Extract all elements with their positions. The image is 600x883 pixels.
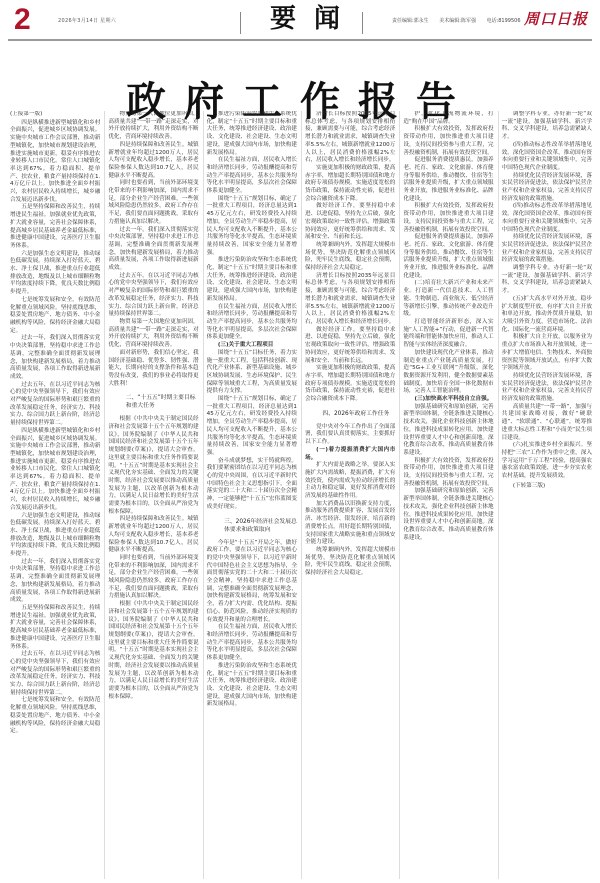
paragraph: 加快建设现代化产业体系，推动制造业重点产业链高质量发展，打造“5G+工业互联网”… — [403, 350, 493, 396]
paragraph: 济增长目标按照2035年远景目标总体考虑，与各项规划安排相衔接，兼顾需要与可能，… — [305, 111, 395, 165]
paragraph: 围绕“十五五”规划目标，确定了一批重大工程项目，经济总量达到145万亿元左右，研… — [207, 396, 297, 458]
paragraph: 加强基础研究和原始创新，完善新型举国体制，全链条推进关键核心技术攻关，强化企业科… — [403, 404, 493, 458]
section-title-char-1: 要 — [270, 4, 296, 34]
paragraph: 党中央对今年工作作出了全面部署，我们要认真贯彻落实，主要抓好以下工作。 — [305, 424, 395, 447]
paragraph: 过去一年，我们深入贯彻落实党中央决策部署，坚持稳中求进工作总基调，完整准确全面贯… — [10, 559, 100, 605]
paragraph: 过去五年，在以习近平同志为核心的党中央坚强领导下，我们有效应对严峻复杂的国际形势… — [108, 273, 198, 319]
paragraph: 过去一年，我们深入贯彻落实党中央决策部署，坚持稳中求进工作总基调，完整准确全面贯… — [108, 227, 198, 273]
paragraph: 持续优化民营经济发展环境，落实民营经济促进法，依法保护民营企业产权和企业家权益，… — [502, 373, 592, 404]
responsible-editor: 责任编辑:郭永生 — [392, 18, 429, 24]
paragraph: 扩大内需是战略之举，要深入实施扩大内需战略，提振消费，扩大有效投资，使内需成为拉… — [305, 462, 395, 501]
text-column-2: 物贸易第一大国地位更加巩固，高质量共建“一带一路”走深走实，对外开放持续扩大，利… — [104, 111, 198, 879]
paragraph: 积极扩大有效投资，发挥政府投资带动作用，加快推进重大项目建设，支持民间投资参与重… — [403, 458, 493, 489]
paragraph: 七是统筹发展和安全，有效防范化解重点领域风险。坚持底线思维，稳妥处置房地产、地方… — [10, 297, 100, 336]
paragraph: 五是坚持保障和改善民生，持续增进民生福祉。加强就业优先政策，扩大就业容量，完善社… — [10, 605, 100, 651]
paragraph: 四是纵横推进新型城镇化和乡村全面振兴，促进城乡区域协调发展。实施中央城市工作会议… — [10, 120, 100, 205]
paragraph: 四是纵横推进新型城镇化和乡村全面振兴，促进城乡区域协调发展。实施中央城市工作会议… — [10, 428, 100, 513]
paragraph: 四是持续保障和改善民生。城镇新增就业年均超过1200万人，居民人均可支配收入稳步… — [108, 142, 198, 181]
continued-to-note: (下转第三版) — [513, 483, 592, 491]
paragraph: (五)扩大高水平对外开放。稳步扩大制度型开放，有序扩大自主开放和单边开放，推动外… — [502, 296, 592, 335]
paragraph: (六)扎实推进乡村全面振兴。坚持把“三农”工作作为重中之重，深入学习运用“千万工… — [502, 442, 592, 481]
divider — [362, 12, 363, 34]
paragraph: 五是坚持保障和改善民生，持续增进民生福祉。加强就业优先政策，扩大就业容量，完善社… — [10, 204, 100, 250]
paragraph: 加强基础研究和原始创新，完善新型举国体制，全链条推进关键核心技术攻关，强化企业科… — [403, 488, 493, 542]
paragraph: 围绕“十五五”规划目标，确定了一批重大工程项目，经济总量达到145万亿元左右，研… — [207, 196, 297, 258]
section-heading: 四、2026年政府工作任务 — [305, 410, 395, 418]
paragraph: 高质量共建“一带一路”，加强与共建国家战略对接，做好“硬联通”、“软联通”、“心… — [502, 404, 592, 443]
text-column-1: (上接第一版) 四是纵横推进新型城镇化和乡村全面振兴，促进城乡区域协调发展。实施… — [10, 111, 100, 879]
paragraph: 做好经济工作，要坚持稳中求进、以进促稳，坚持先立后破，强化宏观政策取向一致性评估… — [305, 203, 395, 242]
text-column-3: 推进污染防治攻坚和生态系统优化，制定“十五五”时期主要目标和重大任务，统筹推进经… — [203, 111, 297, 879]
paragraph: 做好经济工作，要坚持稳中求进、以进促稳，坚持先立后破，强化宏观政策取向一致性评估… — [305, 327, 395, 366]
paragraph: 实施更加积极的财政政策，提高赤字率，增加超长期特别国债和地方政府专项债券规模。实… — [305, 165, 395, 204]
paragraph: 根据《中共中央关于制定国民经济和社会发展第十五个五年规划的建议》，国务院编制了《… — [108, 416, 198, 516]
paragraph: (四)推动标志性改革举措落地见效。深化国资国企改革，推动国有资本向重要行业和关键… — [502, 203, 592, 234]
paragraph: (四)推动标志性改革举措落地见效。深化国资国企改革，推动国有资本向重要行业和关键… — [502, 142, 592, 173]
paragraph: 积极扩大有效投资，发挥政府投资带动作用，加快推进重大项目建设，支持民间投资参与重… — [403, 126, 493, 157]
paragraph: 在民生福祉方面，居民收入增长和经济增长同步，劳动报酬提高和劳动生产率提高同步，基… — [207, 157, 297, 196]
paragraph: 推进污染防治攻坚和生态系统优化，制定“十五五”时期主要目标和重大任务，统筹推进经… — [207, 111, 297, 157]
paragraph: 在民生福祉方面，居民收入增长和经济增长同步，劳动报酬提高和劳动生产率提高同步，基… — [207, 304, 297, 343]
paragraph: 今年是“十五五”开局之年，做好政府工作，要在以习近平同志为核心的党中央坚强领导下… — [207, 540, 297, 625]
paragraph: (二)培育壮大新兴产业和未来产业。打造新一代信息技术、人工智能、生物制造、商业航… — [403, 280, 493, 319]
publication-date: 2026年3月14日 星期六 — [58, 17, 116, 24]
paragraph: 物贸易第一大国地位更加巩固，高质量共建“一带一路”走深走实，对外开放持续扩大，利… — [108, 319, 198, 350]
article-body: (上接第一版) 四是纵横推进新型城镇化和乡村全面振兴，促进城乡区域协调发展。实施… — [10, 111, 592, 879]
paragraph: 济增长目标按照2035年远景目标总体考虑，与各项规划安排相衔接，兼顾需要与可能，… — [305, 273, 395, 327]
newspaper-logo: 周口日报 — [524, 8, 588, 29]
paragraph: 奋斗成就梦想，实干铸就辉煌。我们要紧密团结在以习近平同志为核心的党中央周围，在以… — [207, 458, 297, 512]
section-title-char-2: 闻 — [314, 4, 340, 34]
masthead: 2 2026年3月14日 星期六 要 闻 责任编辑:郭永生 美术编辑:陈军强 电… — [8, 0, 592, 40]
paragraph: 在民生福祉方面，居民收入增长和经济增长同步，劳动报酬提高和劳动生产率提高同步，基… — [207, 624, 297, 663]
text-column-6: 调整学科专业，办好新一轮“双一流”建设，加强基础学科、新兴学科、交叉学科建设，培… — [498, 111, 592, 879]
paragraph: 七是统筹发展和安全，有效防范化解重点领域风险。坚持底线思维，稳妥处置房地产、地方… — [10, 697, 100, 736]
paragraph: 护，优化人流物流环境，打造“购在中国”品牌。 — [403, 111, 493, 126]
paragraph: 持续优化民营经济发展环境，落实民营经济促进法，依法保护民营企业产权和企业家权益，… — [502, 173, 592, 204]
editor-credits: 责任编辑:郭永生 美术编辑:陈军强 电话:8199506 — [392, 17, 530, 24]
paragraph: 过去五年，在以习近平同志为核心的党中央坚强领导下，我们有效应对严峻复杂的国际形势… — [10, 382, 100, 428]
paragraph: 推进污染防治攻坚和生态系统优化，制定“十五五”时期主要目标和重大任务，统筹推进经… — [207, 663, 297, 709]
header-rule — [8, 39, 592, 41]
section-heading: 二、“十五五”时期主要目标和重大任务 — [108, 394, 198, 410]
continued-from-note: (上接第一版) — [10, 111, 100, 119]
paragraph: 积极扩大自主开放，以服务业为重点扩大市场准入和开放领域，进一步扩大增值电信、生物… — [502, 334, 592, 373]
paragraph: 同时也要看到，当前外部环境变化带来的不利影响加深，国内需求不足，部分企业生产经营… — [108, 180, 198, 226]
page-number: 2 — [14, 4, 31, 36]
paragraph: 积极扩大有效投资，发挥政府投资带动作用，加快推进重大项目建设，支持民间投资参与重… — [403, 203, 493, 234]
paragraph: 同时也要看到，当前外部环境变化带来的不利影响加深，国内需求不足，部分企业生产经营… — [108, 555, 198, 601]
paragraph: 过去一年，我们深入贯彻落实党中央决策部署，坚持稳中求进工作总基调，完整准确全面贯… — [10, 335, 100, 381]
paragraph: 过去五年，在以习近平同志为核心的党中央坚强领导下，我们有效应对严峻复杂的国际形势… — [10, 651, 100, 697]
paragraph: 打造智能经济新形态，深入实施“人工智能+”行动，促进新一代智能终端和智能体加快应… — [403, 319, 493, 350]
text-column-5: 护，优化人流物流环境，打造“购在中国”品牌。 积极扩大有效投资，发挥政府投资带动… — [399, 111, 493, 879]
sub-heading: (三)关于重大工程项目 — [207, 342, 297, 350]
paragraph: 加大消费品以旧换新支持力度，推动服务消费提质扩容，发展首发经济、冰雪经济、银发经… — [305, 501, 395, 547]
paragraph: 四是持续保障和改善民生。城镇新增就业年均超过1200万人，居民人均可支配收入稳步… — [108, 516, 198, 555]
paragraph: 调整学科专业，办好新一轮“双一流”建设，加强基础学科、新兴学科、交叉学科建设，培… — [502, 111, 592, 142]
paragraph: 持续优化民营经济发展环境，落实民营经济促进法，依法保护民营企业产权和企业家权益，… — [502, 234, 592, 265]
sub-heading: (三)加快高水平科技自立自强。 — [403, 396, 493, 404]
paragraph: 调整学科专业，办好新一轮“双一流”建设，加强基础学科、新兴学科、交叉学科建设，培… — [502, 265, 592, 296]
sub-heading: (一)着力提振消费扩大国内市场。 — [305, 447, 395, 462]
divider — [240, 12, 241, 34]
paragraph: 面对新形势，我们信心坚定，我国经济基础稳、优势多、韧性强、潜能大，长期向好的支撑… — [108, 350, 198, 389]
paragraph: 促进服务消费提质惠民，加强养老、托育、家政、文化旅游、体育健身等服务供给，推动餐… — [403, 157, 493, 203]
paragraph: 统筹兼顾内外，发挥超大规模市场优势，坚决防范化解重点领域风险，兜牢民生底线，稳定… — [305, 242, 395, 273]
paragraph: 实施更加积极的财政政策，提高赤字率，增加超长期特别国债和地方政府专项债券规模。实… — [305, 365, 395, 404]
paragraph: 统筹兼顾内外，发挥超大规模市场优势，坚决防范化解重点领域风险，兜牢民生底线，稳定… — [305, 547, 395, 578]
art-editor: 美术编辑:陈军强 — [439, 18, 476, 24]
paragraph: 物贸易第一大国地位更加巩固，高质量共建“一带一路”走深走实，对外开放持续扩大，利… — [108, 111, 198, 142]
paragraph: 根据《中共中央关于制定国民经济和社会发展第十五个五年规划的建议》，国务院编制了《… — [108, 601, 198, 701]
paragraph: 六是加强生态文明建设，推动绿色低碳发展。持续深入打好蓝天、碧水、净土保卫战，推进… — [10, 513, 100, 559]
paragraph: 推进污染防治攻坚和生态系统优化，制定“十五五”时期主要目标和重大任务，统筹推进经… — [207, 257, 297, 303]
phone: 电话:8199506 — [487, 18, 521, 24]
paragraph: 促进服务消费提质惠民，加强养老、托育、家政、文化旅游、体育健身等服务供给，推动餐… — [403, 234, 493, 280]
paragraph: 围绕“十五五”目标任务，着力实施一批重大工程，包括科技创新、现代化产业体系、新型… — [207, 350, 297, 396]
section-heading: 三、2026年经济社会发展总体要求和政策取向 — [207, 518, 297, 534]
text-column-4: 济增长目标按照2035年远景目标总体考虑，与各项规划安排相衔接，兼顾需要与可能，… — [301, 111, 395, 879]
paragraph: 六是加强生态文明建设，推动绿色低碳发展。持续深入打好蓝天、碧水、净土保卫战，推进… — [10, 251, 100, 297]
